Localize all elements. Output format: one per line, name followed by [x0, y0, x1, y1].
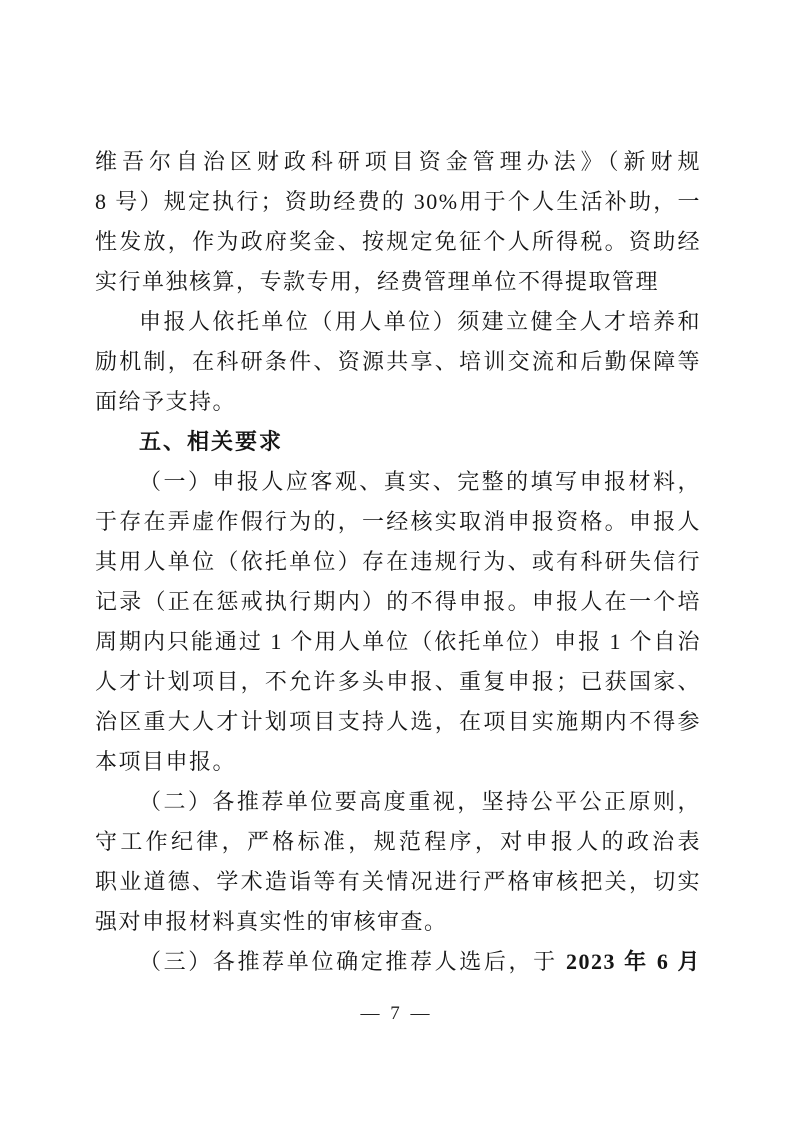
text-segment: （三）各推荐单位确定推荐人选后，于: [139, 949, 566, 974]
text-line: 人才计划项目，不允许多头申报、重复申报；已获国家、自: [95, 662, 701, 702]
text-line: 周期内只能通过 1 个用人单位（依托单位）申报 1 个自治区: [95, 622, 701, 662]
document-body: 维吾尔自治区财政科研项目资金管理办法》（新财规〔2022〕 8 号）规定执行；资…: [95, 142, 701, 982]
text-line: 性发放，作为政府奖金、按规定免征个人所得税。资助经费: [95, 222, 701, 262]
text-line: 面给予支持。: [95, 382, 701, 422]
text-line: 维吾尔自治区财政科研项目资金管理办法》（新财规〔2022〕: [95, 142, 701, 182]
text-line: （三）各推荐单位确定推荐人选后，于 2023 年 6 月 15: [95, 942, 701, 982]
text-line: （一）申报人应客观、真实、完整的填写申报材料，对: [95, 462, 701, 502]
text-line: 治区重大人才计划项目支持人选，在项目实施期内不得参与: [95, 702, 701, 742]
text-line: 守工作纪律，严格标准，规范程序，对申报人的政治表现、: [95, 822, 701, 862]
text-line: 记录（正在惩戒执行期内）的不得申报。申报人在一个培养: [95, 582, 701, 622]
text-line: 于存在弄虚作假行为的，一经核实取消申报资格。申报人及: [95, 502, 701, 542]
text-line: 实行单独核算，专款专用，经费管理单位不得提取管理费。: [95, 262, 701, 302]
page-number: — 7 —: [0, 996, 793, 1032]
text-line: 其用人单位（依托单位）存在违规行为、或有科研失信行为: [95, 542, 701, 582]
text-line: 励机制，在科研条件、资源共享、培训交流和后勤保障等方: [95, 342, 701, 382]
text-line: 本项目申报。: [95, 742, 701, 782]
text-line: 强对申报材料真实性的审核审查。: [95, 902, 701, 942]
text-line: 8 号）规定执行；资助经费的 30%用于个人生活补助，一次: [95, 182, 701, 222]
text-line: 职业道德、学术造诣等有关情况进行严格审核把关，切实加: [95, 862, 701, 902]
section-heading: 五、相关要求: [95, 422, 701, 462]
document-page: 维吾尔自治区财政科研项目资金管理办法》（新财规〔2022〕 8 号）规定执行；资…: [0, 0, 793, 1122]
text-line: 申报人依托单位（用人单位）须建立健全人才培养和激: [95, 302, 701, 342]
text-line: （二）各推荐单位要高度重视，坚持公平公正原则，遵: [95, 782, 701, 822]
